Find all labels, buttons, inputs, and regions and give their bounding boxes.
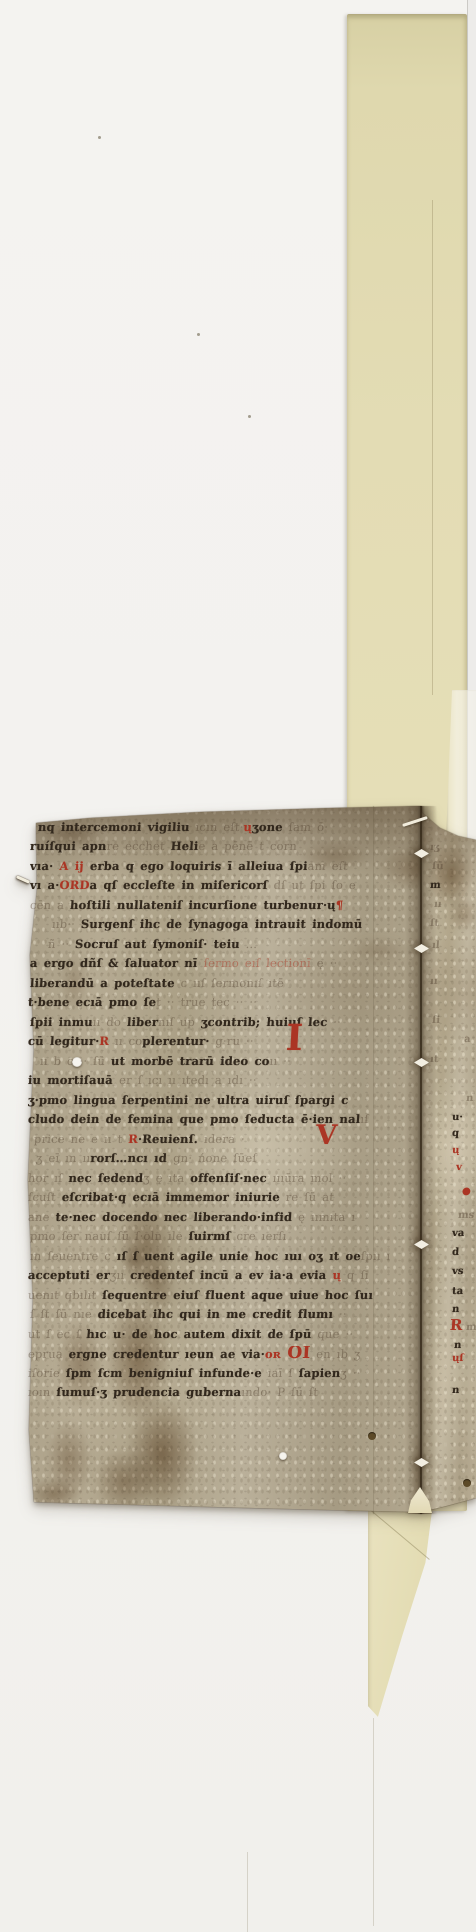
strip-mark: va [452, 1228, 465, 1239]
strip-mark: ms [458, 1210, 475, 1221]
strip-mark: n [466, 1093, 474, 1104]
strip-mark: d [452, 1247, 460, 1258]
strip-mark: m [466, 1322, 476, 1333]
strip-mark: ųſ [452, 1353, 464, 1364]
strip-mark: ta [452, 1286, 464, 1297]
strip-mark: vs [452, 1266, 464, 1277]
dust-speck [248, 415, 251, 418]
strip-mark: ıı [434, 899, 442, 910]
strip-mark: ıı [430, 976, 438, 987]
strip-mark: ſt [430, 918, 440, 929]
paper-crease [373, 1718, 374, 1926]
strip-mark: ų [452, 1145, 460, 1156]
strip-mark: ıt [430, 1054, 439, 1065]
strip-mark: ● [462, 1186, 472, 1197]
conjoint-strip-text: ıʒſūmııſtılııſiaıtnu·qųv●msvadvstanRmnųſ… [0, 0, 476, 1932]
strip-mark: n [452, 1304, 460, 1315]
strip-mark: u· [452, 1112, 464, 1123]
strip-mark: ıl [432, 940, 440, 951]
strip-mark: ſū [432, 861, 444, 872]
strip-mark: q [452, 1128, 460, 1139]
strip-mark: ıʒ [430, 842, 440, 853]
strip-mark: n [454, 1340, 462, 1351]
strip-mark: m [430, 880, 441, 891]
strip-mark: ſi [432, 1015, 441, 1026]
paper-crease [247, 1852, 248, 1932]
strip-mark: v [456, 1162, 463, 1173]
strip-mark: n [452, 1385, 460, 1396]
manuscript-photo: nq intercemoni vigiliu ıcın eſt·ųʒone ſa… [0, 0, 476, 1932]
strip-mark: R [449, 1316, 463, 1334]
dust-speck [197, 333, 200, 336]
dust-speck [98, 136, 101, 139]
strip-mark: a [464, 1034, 471, 1045]
